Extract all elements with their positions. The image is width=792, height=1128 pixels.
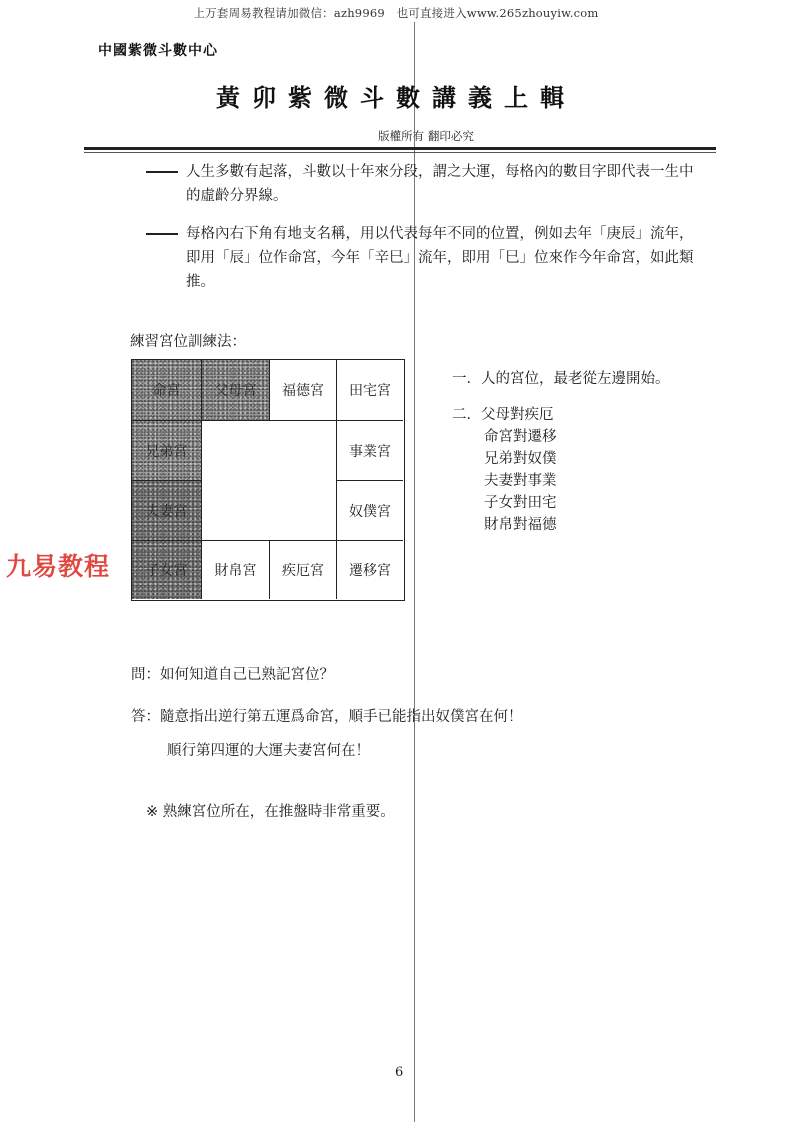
palace-cell-xiongdi: 兄弟宮 [132, 421, 202, 481]
palace-grid-center [202, 421, 337, 541]
palace-cell-jie: 疾厄宮 [270, 541, 337, 599]
palace-cell-qianyi: 遷移宮 [337, 541, 403, 599]
header-divider-thin [84, 152, 716, 153]
intro-paragraph-1: 人生多數有起落，斗數以十年來分段，謂之大運，每格內的數目字即代表一生中的虛齡分界… [146, 160, 706, 208]
palace-cell-shiye: 事業宮 [337, 421, 403, 481]
palace-cell-fude: 福德宮 [270, 360, 337, 421]
answer-text-line1: 答：隨意指出逆行第五運爲命宮，順手已能指出奴僕宮在何！ [131, 706, 523, 728]
exercise-label: 練習宮位訓練法： [130, 330, 246, 351]
reference-note: ※ 熟練宮位所在，在推盤時非常重要。 [146, 800, 395, 821]
answer-text-line2: 順行第四運的大運夫妻宮何在！ [167, 739, 370, 760]
palace-notes: 一．人的宮位，最老從左邊開始。 二．父母對疾厄 命宮對遷移 兄弟對奴僕 夫妻對事… [452, 368, 670, 536]
organization-name: 中國紫微斗數中心 [98, 40, 218, 60]
palace-cell-fumu: 父母宮 [202, 360, 270, 421]
note-pair: 子女對田宅 [452, 492, 670, 514]
watermark-banner: 上万套周易教程请加微信：azh9969 也可直接进入www.265zhouyiw… [0, 5, 792, 21]
page-number: 6 [395, 1065, 403, 1080]
note-item-2-head: 二．父母對疾厄 [452, 404, 670, 426]
intro-paragraph-2: 每格內右下角有地支名稱，用以代表每年不同的位置，例如去年「庚辰」流年，即用「辰」… [146, 222, 706, 294]
question-text: 問：如何知道自己已熟記宮位？ [131, 664, 334, 686]
paragraph-text: 人生多數有起落，斗數以十年來分段，謂之大運，每格內的數目字即代表一生中的虛齡分界… [186, 160, 706, 208]
brand-watermark-stamp: 九易教程 [6, 547, 110, 583]
palace-cell-ming: 命宮 [132, 360, 202, 421]
note-item-1: 一．人的宮位，最老從左邊開始。 [452, 368, 670, 390]
note-pair: 命宮對遷移 [452, 426, 670, 448]
paragraph-text: 每格內右下角有地支名稱，用以代表每年不同的位置，例如去年「庚辰」流年，即用「辰」… [186, 222, 706, 294]
palace-cell-caibo: 財帛宮 [202, 541, 270, 599]
note-pair: 兄弟對奴僕 [452, 448, 670, 470]
palace-cell-tianzhai: 田宅宮 [337, 360, 403, 421]
header-divider [84, 147, 716, 150]
dash-bullet-icon [146, 171, 178, 173]
note-pair: 財帛對福德 [452, 514, 670, 536]
palace-grid: 命宮 父母宮 福德宮 田宅宮 兄弟宮 事業宮 夫妻宮 奴僕宮 子女宮 財帛宮 疾… [131, 359, 405, 601]
note-pair: 夫妻對事業 [452, 470, 670, 492]
dash-bullet-icon [146, 233, 178, 235]
palace-cell-fuqi: 夫妻宮 [132, 481, 202, 541]
palace-cell-nupu: 奴僕宮 [337, 481, 403, 541]
palace-cell-zinv: 子女宮 [132, 541, 202, 599]
page-title: 黃卯紫微斗數講義上輯 [0, 78, 792, 113]
copyright-notice: 版權所有 翻印必究 [0, 128, 792, 144]
